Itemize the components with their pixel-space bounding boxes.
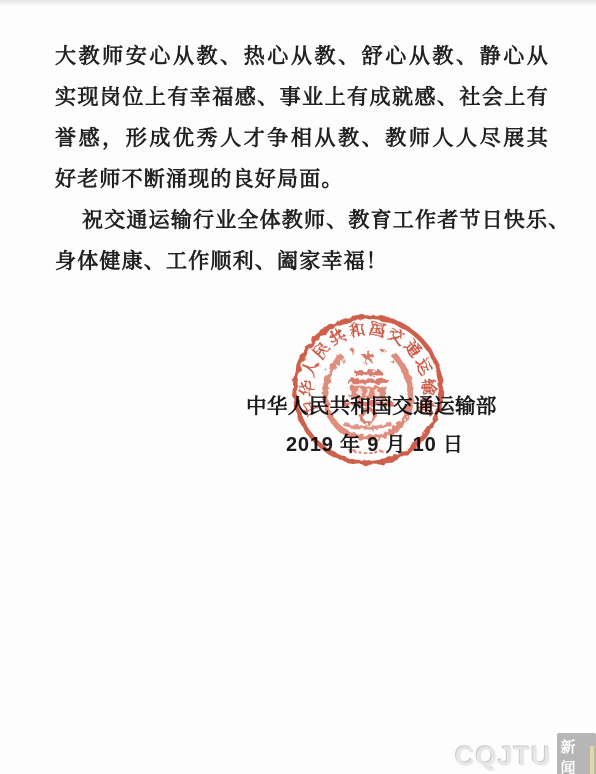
site-watermark: CQJTU 新闻 xyxy=(455,741,596,771)
signature-date: 2019 年 9 月 10 日 xyxy=(286,428,464,457)
watermark-logo-text: CQJTU xyxy=(455,741,552,772)
body-line: 好老师不断涌现的良好局面。 xyxy=(55,159,549,200)
signature-org-name: 中华人民共和国交通运输部 xyxy=(246,389,497,419)
body-line: 身体健康、工作顺利、阖家幸福！ xyxy=(55,241,549,282)
body-line: 大教师安心从教、热心从教、舒心从教、静心从教， xyxy=(55,36,549,77)
scan-edge-shadow xyxy=(0,0,596,6)
letter-body: 大教师安心从教、热心从教、舒心从教、静心从教， 实现岗位上有幸福感、事业上有成就… xyxy=(55,36,549,282)
body-line: 誉感，形成优秀人才争相从教、教师人人尽展其才、 xyxy=(55,118,549,159)
scanned-letter-page: 大教师安心从教、热心从教、舒心从教、静心从教， 实现岗位上有幸福感、事业上有成就… xyxy=(0,0,596,774)
body-line: 实现岗位上有幸福感、事业上有成就感、社会上有荣 xyxy=(55,77,549,118)
page-edge-accent-strip xyxy=(590,746,594,774)
body-line: 祝交通运输行业全体教师、教育工作者节日快乐、 xyxy=(55,200,549,241)
